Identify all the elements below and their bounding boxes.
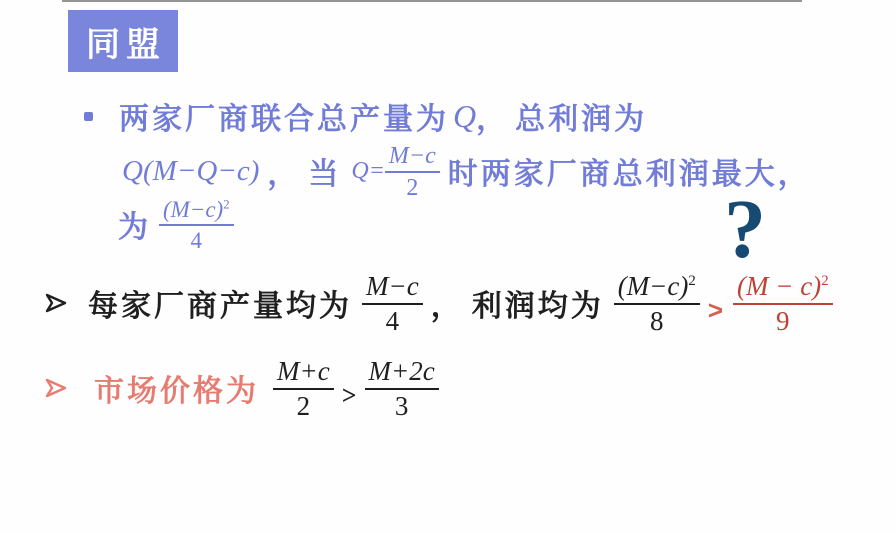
point1-fraction2-num-text: (M−c)	[618, 271, 689, 301]
bullet-line-3: 为 (M−c)2 4	[118, 194, 234, 254]
point2-fraction1-num: M+c	[273, 357, 334, 390]
line1-text-1: 两家厂商联合总产量为	[119, 94, 449, 138]
point1-comma: ，	[431, 281, 464, 325]
point2-fraction2-num: M+2c	[365, 357, 439, 390]
line2-q-equals: Q=	[351, 158, 385, 185]
line2-fraction-num: M−c	[385, 143, 440, 173]
point2-text: 市场价格为	[94, 366, 259, 410]
top-cutoff-bar	[62, 0, 802, 2]
point1-fraction2-num: (M−c)2	[614, 272, 700, 305]
slide-title-box: 同盟	[68, 10, 178, 72]
bullet-dot-icon	[84, 112, 93, 121]
point2-fraction-2: M+2c 3	[365, 357, 439, 420]
point1-fraction1-den: 4	[386, 305, 400, 335]
point1-fraction3-num: (M − c)2	[733, 272, 833, 305]
point-output-row: 每家厂商产量均为 M−c 4 ， 利润均为 (M−c)2 8 > (M − c)…	[44, 264, 833, 342]
point2-fraction1-den: 2	[297, 390, 311, 420]
point1-fraction-3: (M − c)2 9	[733, 272, 833, 335]
point2-fraction-1: M+c 2	[273, 357, 334, 420]
line3-fraction-den: 4	[191, 226, 203, 252]
point1-fraction1-num: M−c	[362, 272, 423, 305]
line3-wei: 为	[118, 202, 151, 246]
point1-fraction2-den: 8	[650, 305, 664, 335]
line2-fraction: M−c 2	[385, 143, 440, 200]
point2-fraction2-den: 3	[395, 390, 409, 420]
point-price-row: 市场价格为 M+c 2 > M+2c 3	[44, 350, 439, 426]
line1-text-2: 总利润为	[515, 94, 647, 138]
point1-fraction-1: M−c 4	[362, 272, 423, 335]
slide: 同盟 两家厂商联合总产量为 Q ， 总利润为 Q(M−Q−c) ， 当 Q= M…	[0, 0, 896, 534]
point1-fraction3-den: 9	[776, 305, 790, 335]
line1-q: Q	[453, 98, 476, 135]
point1-fraction-2: (M−c)2 8	[614, 272, 700, 335]
line3-fraction-num: (M−c)2	[159, 197, 234, 226]
point1-fraction2-sup: 2	[688, 273, 695, 289]
point1-text-1: 每家厂商产量均为	[88, 281, 352, 325]
bullet-line-1: 两家厂商联合总产量为 Q ， 总利润为	[84, 96, 647, 136]
arrow-bullet-icon-red	[44, 378, 68, 398]
point1-fraction3-sup: 2	[821, 273, 828, 289]
line3-fraction-num-text: (M−c)	[163, 197, 223, 222]
line3-fraction: (M−c)2 4	[159, 197, 234, 252]
question-mark: ?	[724, 188, 766, 272]
line2-comma: ，	[267, 149, 300, 193]
line2-fraction-den: 2	[406, 173, 418, 200]
point1-greater-than: >	[708, 295, 723, 326]
line2-profit-expr: Q(M−Q−c)	[122, 155, 259, 188]
slide-title: 同盟	[80, 17, 166, 66]
line2-dang: 当	[308, 149, 341, 193]
line1-comma: ，	[476, 94, 509, 138]
line3-fraction-sup: 2	[223, 197, 229, 211]
arrow-bullet-icon	[44, 293, 68, 313]
point1-text-2: 利润均为	[472, 281, 604, 325]
point2-greater-than: >	[342, 381, 357, 411]
